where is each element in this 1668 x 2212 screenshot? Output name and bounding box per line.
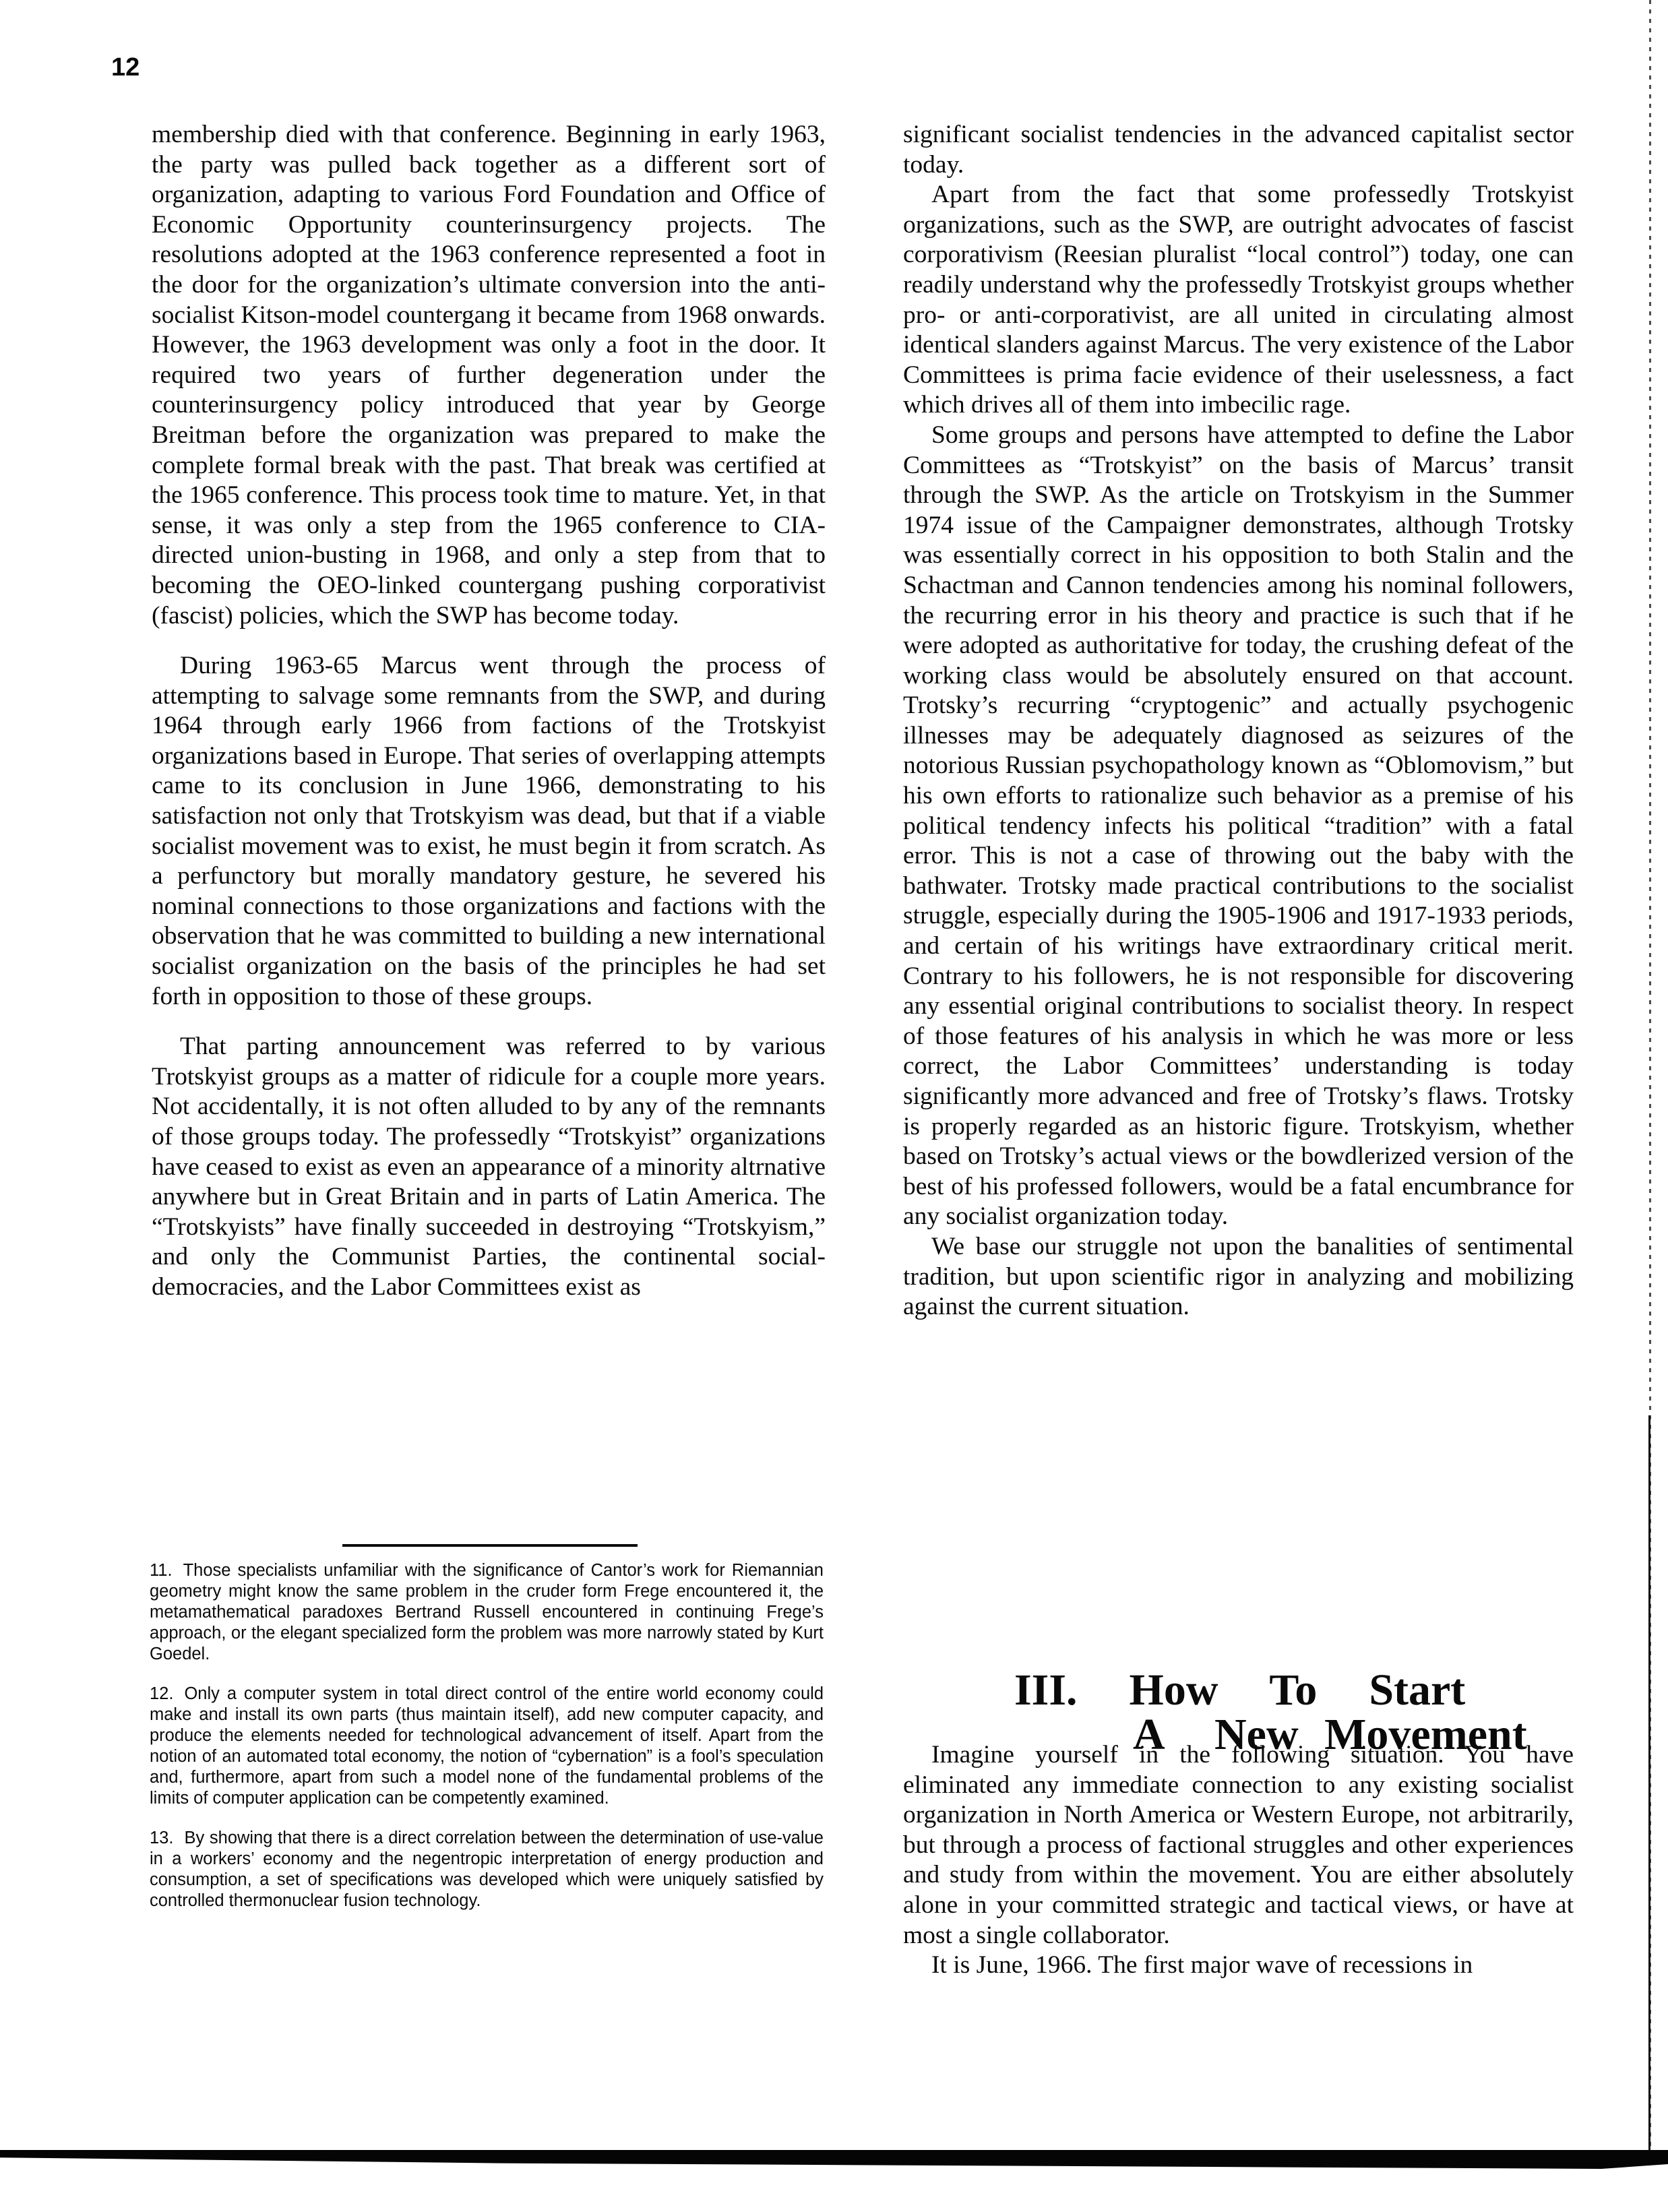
page-edge-line-solid <box>1648 1415 1650 2157</box>
footnote-12: 12.Only a computer system in total direc… <box>150 1684 824 1809</box>
paragraph: Imagine yourself in the following situat… <box>903 1740 1574 1950</box>
footnote-13: 13.By showing that there is a direct cor… <box>150 1828 824 1911</box>
footnote-separator <box>342 1544 638 1547</box>
section-body: Imagine yourself in the following situat… <box>903 1740 1574 1981</box>
footnotes: 11.Those specialists unfamiliar with the… <box>150 1560 824 1930</box>
left-column: membership died with that conference. Be… <box>152 120 826 1303</box>
paragraph: That parting announcement was referred t… <box>152 1032 826 1302</box>
footnote-text: Those specialists unfamiliar with the si… <box>150 1561 824 1663</box>
paragraph: During 1963-65 Marcus went through the p… <box>152 651 826 1012</box>
page-number: 12 <box>111 54 140 81</box>
paragraph: We base our struggle not upon the banali… <box>903 1232 1574 1322</box>
footnote-text: Only a computer system in total direct c… <box>150 1684 824 1808</box>
right-column: significant socialist tendencies in the … <box>903 120 1574 1322</box>
footnote-number: 12. <box>150 1684 173 1703</box>
footnote-11: 11.Those specialists unfamiliar with the… <box>150 1560 824 1665</box>
paragraph: Apart from the fact that some professedl… <box>903 180 1574 421</box>
paragraph: It is June, 1966. The first major wave o… <box>903 1950 1574 1981</box>
heading-line-1: III. How To Start <box>1014 1665 1465 1715</box>
paragraph: significant socialist tendencies in the … <box>903 120 1574 180</box>
footnote-number: 11. <box>150 1561 173 1580</box>
paragraph: Some groups and persons have attempted t… <box>903 421 1574 1232</box>
footnote-number: 13. <box>150 1829 173 1847</box>
footnote-text: By showing that there is a direct correl… <box>150 1829 824 1910</box>
paragraph: membership died with that conference. Be… <box>152 120 826 631</box>
scan-bottom-edge <box>0 2150 1668 2169</box>
